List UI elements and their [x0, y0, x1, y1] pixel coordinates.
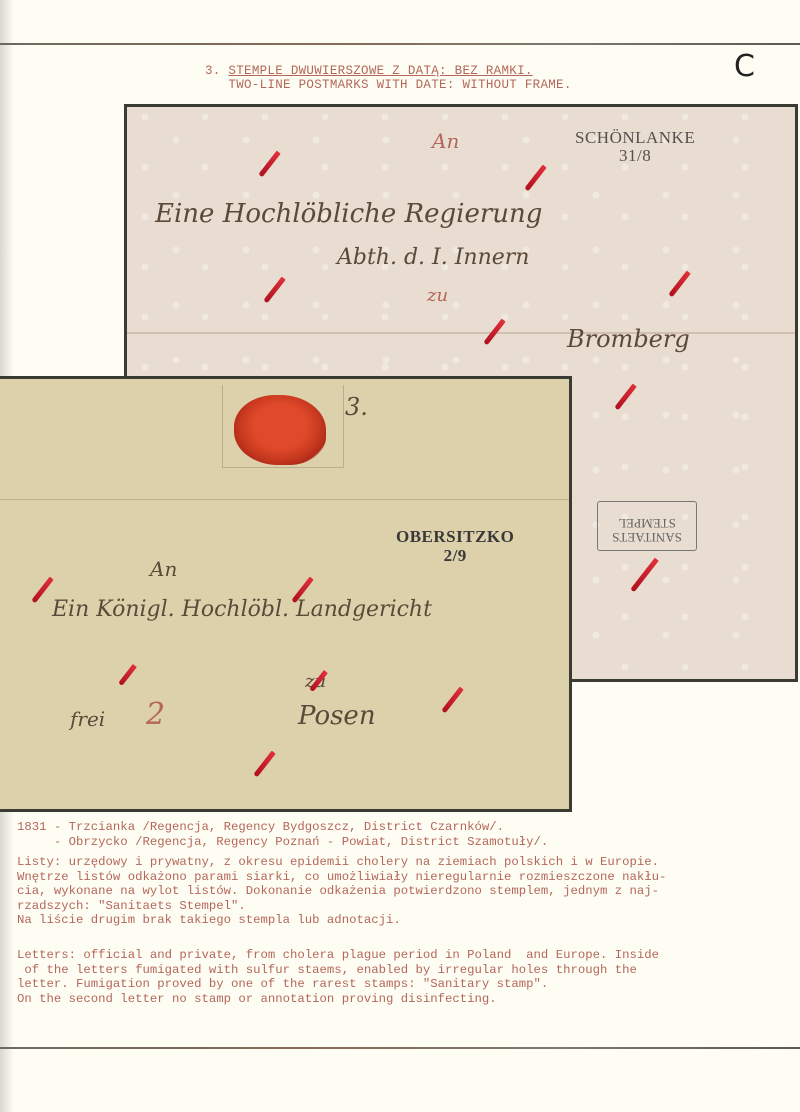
fumigation-mark	[258, 151, 280, 178]
handwriting-frei: frei	[70, 707, 105, 731]
fumigation-mark	[118, 664, 137, 686]
fumigation-mark	[31, 577, 53, 604]
caption-english: Letters: official and private, from chol…	[17, 948, 659, 1006]
handwriting-department: Abth. d. I. Innern	[337, 245, 529, 270]
caption-line: - Obrzycko /Regencja, Regency Poznań - P…	[17, 835, 548, 850]
handwriting-addressee: Ein Königl. Hochlöbl. Landgericht	[52, 597, 432, 622]
caption-line: cia, wykonane na wylot listów. Dokonanie…	[17, 884, 666, 899]
sanitary-line1: SANITAETS	[598, 530, 696, 544]
handwriting-zu: zu	[427, 285, 448, 306]
caption-line: rzadszych: "Sanitaets Stempel".	[17, 899, 666, 914]
postmark-schonlanke: SCHÖNLANKE 31/8	[575, 129, 695, 165]
sanitary-line2: STEMPEL	[598, 516, 696, 530]
title-english: TWO-LINE POSTMARKS WITH DATE: WITHOUT FR…	[228, 78, 571, 92]
handwriting-city: Posen	[298, 701, 376, 731]
page-title: 3. STEMPLE DWUWIERSZOWE Z DATĄ: BEZ RAMK…	[205, 64, 572, 92]
fumigation-mark	[263, 277, 285, 304]
handwriting-an: An	[432, 129, 459, 153]
fumigation-mark	[614, 384, 636, 411]
bottom-rule	[0, 1047, 800, 1049]
fold-line	[127, 332, 795, 334]
handwriting-city: Bromberg	[567, 325, 690, 353]
handwriting-addressee: Eine Hochlöbliche Regierung	[155, 199, 542, 229]
caption-line: letter. Fumigation proved by one of the …	[17, 977, 659, 992]
caption-line: On the second letter no stamp or annotat…	[17, 992, 659, 1007]
fumigation-mark	[253, 751, 275, 778]
fumigation-mark	[668, 271, 690, 298]
handwriting-number: 3.	[345, 393, 368, 421]
postmark-town: SCHÖNLANKE	[575, 129, 695, 147]
handwriting-an: An	[150, 557, 177, 581]
title-number: 3.	[205, 64, 221, 78]
arrow-to-sanitary-stamp	[630, 558, 659, 593]
fumigation-mark	[441, 687, 463, 714]
caption-line: Na liście drugim brak takiego stempla lu…	[17, 913, 666, 928]
postmark-date: 2/9	[396, 546, 514, 565]
caption-places: 1831 - Trzcianka /Regencja, Regency Bydg…	[17, 820, 548, 849]
caption-line: Letters: official and private, from chol…	[17, 948, 659, 963]
top-rule	[0, 43, 800, 45]
sanitary-stamp: SANITAETS STEMPEL	[597, 501, 697, 551]
postmark-date: 31/8	[575, 147, 695, 165]
title-polish: STEMPLE DWUWIERSZOWE Z DATĄ: BEZ RAMKI.	[228, 64, 532, 78]
caption-polish: Listy: urzędowy i prywatny, z okresu epi…	[17, 855, 666, 928]
caption-line: 1831 - Trzcianka /Regencja, Regency Bydg…	[17, 820, 548, 835]
red-wax-seal	[234, 395, 326, 465]
postmark-town: OBERSITZKO	[396, 527, 514, 546]
fold-line	[0, 499, 569, 500]
fumigation-mark	[524, 165, 546, 192]
page-letter: C	[734, 52, 755, 82]
caption-line: Listy: urzędowy i prywatny, z okresu epi…	[17, 855, 666, 870]
handwriting-postage-2: 2	[146, 697, 165, 732]
postmark-obersitzko: OBERSITZKO 2/9	[396, 527, 514, 565]
caption-line: of the letters fumigated with sulfur sta…	[17, 963, 659, 978]
letter-2-cover: 3. OBERSITZKO 2/9 An Ein Königl. Hochlöb…	[0, 376, 572, 812]
caption-line: Wnętrze listów odkażono parami siarki, c…	[17, 870, 666, 885]
